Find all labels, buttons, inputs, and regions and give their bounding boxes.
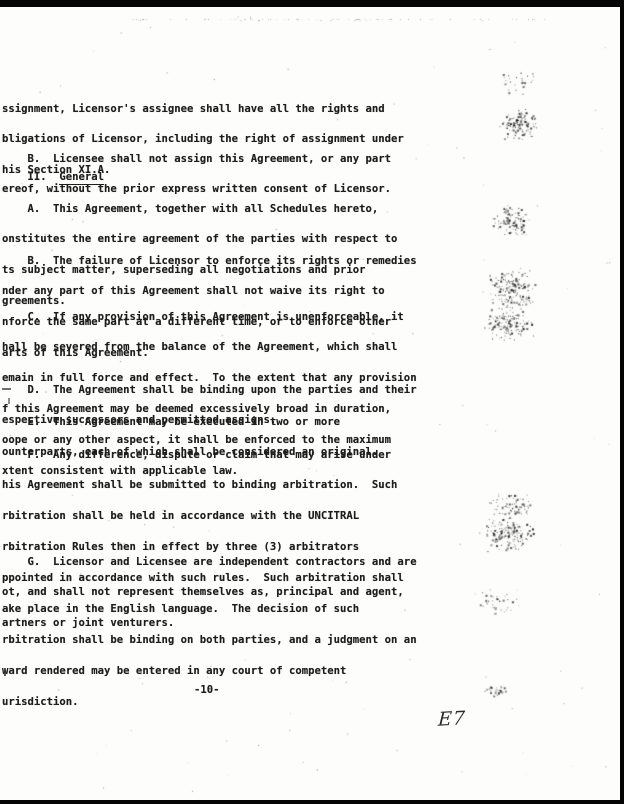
text-line: B. The failure of Licensor to enforce it…: [2, 256, 417, 266]
handwritten-exhibit-mark: E7: [437, 707, 466, 731]
section-number: II.: [28, 171, 60, 183]
scan-edge-bottom: [0, 800, 624, 804]
text-line: F. Any difference, dispute or claim that…: [2, 450, 417, 460]
scan-smudge: [4, 668, 6, 676]
text-line: D. The Agreement shall be binding upon t…: [2, 385, 417, 395]
text-line: G. Licensor and Licensee are independent…: [2, 557, 417, 567]
text-line: E. This Agreement may be executed in two…: [2, 417, 378, 427]
text-line: C. If any provision of this Agreement is…: [2, 312, 417, 322]
scan-edge-right: [620, 0, 624, 804]
text-line: artners or joint venturers.: [2, 618, 417, 628]
scan-smudge: [8, 398, 10, 404]
text-line: ssignment, Licensor's assignee shall hav…: [2, 104, 404, 114]
text-line: his Agreement shall be submitted to bind…: [2, 480, 417, 490]
paragraph-g-independent-contractors: G. Licensor and Licensee are independent…: [2, 536, 417, 649]
text-line: rbitration shall be held in accordance w…: [2, 511, 417, 521]
text-line: urisdiction.: [2, 697, 417, 707]
scan-edge-top: [0, 0, 624, 7]
text-line: A. This Agreement, together with all Sch…: [2, 204, 397, 214]
text-line: ot, and shall not represent themselves a…: [2, 587, 417, 597]
page-number: -10-: [194, 684, 220, 696]
text-line: hall be severed from the balance of the …: [2, 342, 417, 352]
scan-smudge: [2, 388, 11, 390]
text-line: ward rendered may be entered in any cour…: [2, 666, 417, 676]
scanned-document-page: ssignment, Licensor's assignee shall hav…: [0, 0, 624, 804]
